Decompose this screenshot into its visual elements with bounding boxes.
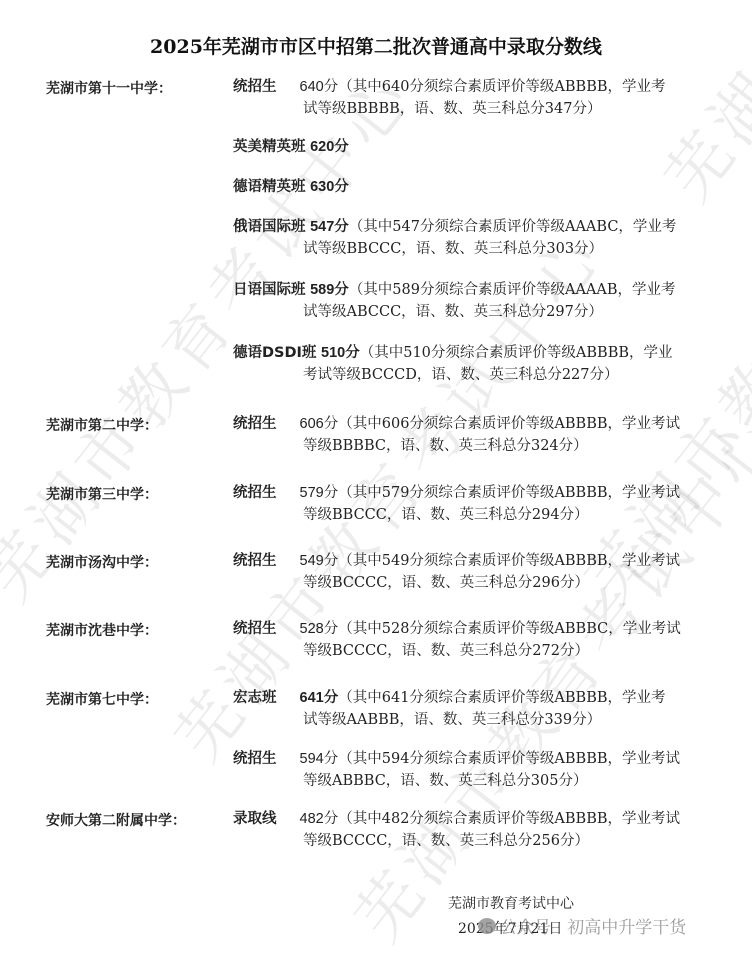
score-detail: （其中482分须综合素质评价等级ABBBB，学业考试 — [338, 811, 680, 827]
category-label: 统招生 — [233, 416, 277, 432]
score-value: 510分 — [321, 345, 360, 361]
score-detail-cont: 等级ABBBC，语、数、英三科总分305分） — [233, 770, 713, 792]
score-entry: 统招生 606分（其中606分须综合素质评价等级ABBBB，学业考试 等级BBB… — [233, 413, 713, 457]
score-detail-cont: 试等级AABBB，语、数、英三科总分339分） — [233, 709, 713, 731]
watermark: 芜湖市教育考试中心 — [0, 49, 431, 616]
category-label: 德语DSDI班 — [233, 345, 316, 361]
score-value: 528分 — [300, 621, 339, 637]
score-entry: 日语国际班 589分（其中589分须综合素质评价等级AAAAB，学业考 试等级A… — [233, 279, 713, 323]
document-title: 2025年芜湖市市区中招第二批次普通高中录取分数线 — [0, 32, 752, 59]
score-detail-cont: 试等级BBCCC，语、数、英三科总分303分） — [233, 238, 713, 260]
score-value: 620分 — [310, 139, 349, 155]
score-entry: 宏志班 641分（其中641分须综合素质评价等级ABBBB，学业考 试等级AAB… — [233, 687, 713, 731]
score-detail-cont: 等级BCCCC，语、数、英三科总分296分） — [233, 572, 713, 594]
school-name: 芜湖市第三中学： — [46, 484, 158, 504]
score-detail-cont: 等级BCCCC，语、数、英三科总分272分） — [233, 640, 713, 662]
score-detail: （其中528分须综合素质评价等级ABBBC，学业考试 — [338, 621, 680, 637]
score-value: 549分 — [300, 553, 339, 569]
score-value: 630分 — [310, 179, 349, 195]
score-entry: 德语DSDI班 510分（其中510分须综合素质评价等级ABBBB，学业 考试等… — [233, 342, 713, 386]
category-label: 统招生 — [233, 751, 277, 767]
wechat-icon — [478, 918, 496, 934]
category-label: 宏志班 — [233, 690, 277, 706]
score-entry: 德语精英班 630分 — [233, 176, 713, 198]
score-entry: 统招生 594分（其中594分须综合素质评价等级ABBBB，学业考试 等级ABB… — [233, 748, 713, 792]
category-label: 英美精英班 — [233, 139, 306, 155]
score-value: 579分 — [300, 485, 339, 501]
category-label: 统招生 — [233, 621, 277, 637]
score-entry: 俄语国际班 547分（其中547分须综合素质评价等级AAABC，学业考 试等级B… — [233, 216, 713, 260]
score-detail: （其中547分须综合素质评价等级AAABC，学业考 — [349, 219, 677, 235]
score-value: 589分 — [310, 282, 349, 298]
score-detail-cont: 考试等级BCCCD，语、数、英三科总分227分） — [233, 364, 713, 386]
category-label: 录取线 — [233, 811, 277, 827]
wechat-label: 公众号 · 初高中升学干货 — [500, 913, 686, 938]
category-label: 日语国际班 — [233, 282, 306, 298]
score-detail: （其中549分须综合素质评价等级ABBBB，学业考试 — [338, 553, 680, 569]
score-entry: 统招生 640分（其中640分须综合素质评价等级ABBBB，学业考 试等级BBB… — [233, 76, 713, 120]
score-entry: 统招生 549分（其中549分须综合素质评价等级ABBBB，学业考试 等级BCC… — [233, 550, 713, 594]
score-detail-cont: 等级BBBBC，语、数、英三科总分324分） — [233, 435, 713, 457]
category-label: 俄语国际班 — [233, 219, 306, 235]
wechat-overlay: 公众号 · 初高中升学干货 — [478, 913, 686, 938]
score-value: 594分 — [300, 751, 339, 767]
score-detail: （其中606分须综合素质评价等级ABBBB，学业考试 — [338, 416, 680, 432]
score-detail: （其中640分须综合素质评价等级ABBBB，学业考 — [338, 79, 665, 95]
category-label: 德语精英班 — [233, 179, 306, 195]
watermark: 芜湖市教育考试中心 — [560, 49, 752, 616]
school-name: 安师大第二附属中学： — [46, 810, 186, 830]
category-label: 统招生 — [233, 553, 277, 569]
score-value: 641分 — [300, 690, 339, 706]
school-name: 芜湖市第二中学： — [46, 415, 158, 435]
score-value: 640分 — [300, 79, 339, 95]
school-name: 芜湖市第十一中学： — [46, 78, 172, 98]
category-label: 统招生 — [233, 79, 277, 95]
score-detail: （其中594分须综合素质评价等级ABBBB，学业考试 — [338, 751, 680, 767]
score-detail: （其中589分须综合素质评价等级AAAAB，学业考 — [349, 282, 676, 298]
score-detail-cont: 等级BBCCC，语、数、英三科总分294分） — [233, 504, 713, 526]
score-entry: 录取线 482分（其中482分须综合素质评价等级ABBBB，学业考试 等级BCC… — [233, 808, 713, 852]
score-value: 606分 — [300, 416, 339, 432]
school-name: 芜湖市第七中学： — [46, 689, 158, 709]
score-detail: （其中579分须综合素质评价等级ABBBB，学业考试 — [338, 485, 680, 501]
score-entry: 统招生 528分（其中528分须综合素质评价等级ABBBC，学业考试 等级BCC… — [233, 618, 713, 662]
score-detail: （其中641分须综合素质评价等级ABBBB，学业考 — [338, 690, 665, 706]
score-value: 482分 — [300, 811, 339, 827]
school-name: 芜湖市汤沟中学： — [46, 552, 158, 572]
score-detail-cont: 试等级ABCCC，语、数、英三科总分297分） — [233, 301, 713, 323]
score-detail-cont: 等级BCCCC，语、数、英三科总分256分） — [233, 830, 713, 852]
score-detail-cont: 试等级BBBBB，语、数、英三科总分347分） — [233, 98, 713, 120]
score-detail: （其中510分须综合素质评价等级ABBBB，学业 — [360, 345, 673, 361]
score-entry: 英美精英班 620分 — [233, 136, 713, 158]
issuing-organization: 芜湖市教育考试中心 — [448, 893, 574, 913]
watermark: 芜湖市教育考试中心 — [330, 389, 752, 956]
school-name: 芜湖市沈巷中学： — [46, 620, 158, 640]
score-value: 547分 — [310, 219, 349, 235]
score-entry: 统招生 579分（其中579分须综合素质评价等级ABBBB，学业考试 等级BBC… — [233, 482, 713, 526]
category-label: 统招生 — [233, 485, 277, 501]
